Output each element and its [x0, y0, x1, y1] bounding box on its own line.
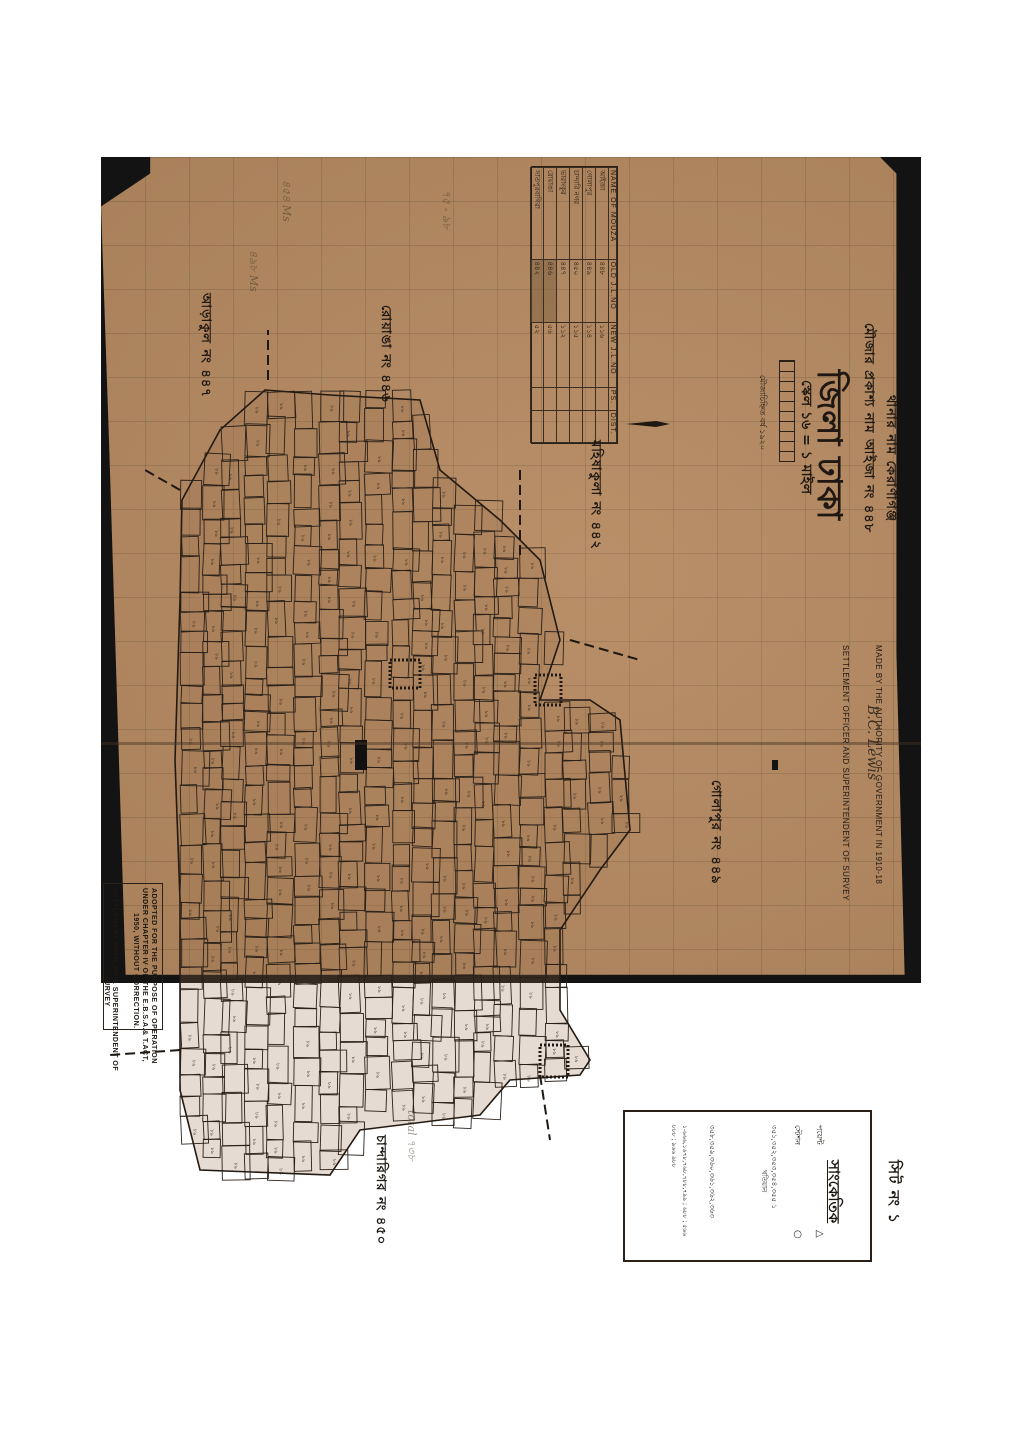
svg-text:৮৯: ৮৯ [418, 972, 424, 979]
svg-text:৮৯: ৮৯ [346, 873, 352, 880]
table-cell [596, 410, 609, 442]
settlement-officer: SETTLEMENT OFFICER AND SUPERINTENDENT OF… [841, 645, 850, 901]
svg-text:৮৯: ৮৯ [420, 1096, 426, 1103]
svg-text:৮৯: ৮৯ [253, 661, 259, 668]
svg-text:৮৯: ৮৯ [346, 1113, 352, 1120]
paper-tear [772, 760, 778, 770]
svg-text:৮৯: ৮৯ [551, 1048, 557, 1055]
svg-text:৮৯: ৮৯ [400, 499, 406, 506]
svg-text:৮৯: ৮৯ [438, 531, 444, 538]
svg-text:৮৯: ৮৯ [228, 672, 234, 679]
svg-text:৮৯: ৮৯ [276, 979, 282, 986]
table-cell [531, 410, 544, 442]
svg-text:৮৯: ৮৯ [191, 1129, 197, 1136]
svg-text:৮৯: ৮৯ [574, 719, 580, 726]
stamp-line: UNDER CHAPTER IV OF THE E.B.S.A.& T.ACT, [141, 888, 148, 1062]
svg-text:৮৯: ৮৯ [480, 1041, 486, 1048]
scale-bar [779, 360, 795, 462]
svg-text:৮৯: ৮৯ [348, 520, 354, 527]
svg-text:৮৯: ৮৯ [328, 872, 334, 879]
svg-text:৮৯: ৮৯ [347, 808, 353, 815]
svg-text:৮৯: ৮৯ [350, 960, 356, 967]
svg-text:৮৯: ৮৯ [376, 926, 382, 933]
svg-text:৮৯: ৮৯ [303, 824, 309, 831]
legend-row-point: পয়েন্ট [812, 1125, 825, 1145]
svg-text:৮৯: ৮৯ [440, 721, 446, 728]
svg-text:৮৯: ৮৯ [348, 707, 354, 714]
svg-text:৮৯: ৮৯ [502, 681, 508, 688]
table-cell [557, 387, 570, 410]
svg-text:৮৯: ৮৯ [483, 604, 489, 611]
svg-text:৮৯: ৮৯ [463, 910, 469, 917]
svg-text:৮৯: ৮৯ [399, 930, 405, 937]
svg-text:৮৯: ৮৯ [439, 557, 445, 564]
svg-text:৮৯: ৮৯ [255, 721, 261, 728]
svg-text:৮৯: ৮৯ [274, 844, 280, 851]
stamp-line: SURVEY [103, 975, 110, 1007]
svg-text:৮৯: ৮৯ [461, 552, 467, 559]
table-cell: ১১৫ [570, 322, 583, 387]
table-cell: ৫২ [531, 322, 544, 387]
svg-text:৮৯: ৮৯ [232, 595, 238, 602]
svg-text:৮৯: ৮৯ [253, 946, 259, 953]
svg-text:৮৯: ৮৯ [278, 699, 284, 706]
table-header: NAME OF MOUZA [609, 168, 617, 260]
svg-text:৮৯: ৮৯ [443, 1054, 449, 1061]
svg-text:৮৯: ৮৯ [273, 1121, 279, 1128]
table-row: আইজা৪৪৮১১৬ [596, 168, 609, 443]
svg-text:৮৯: ৮৯ [526, 760, 532, 767]
svg-text:৮৯: ৮৯ [374, 814, 380, 821]
svg-text:৮৯: ৮৯ [304, 858, 310, 865]
svg-text:৮৯: ৮৯ [301, 738, 307, 745]
stamp-line: ADOPTED FOR THE PURPOSE OF OPERATION [150, 888, 157, 1064]
svg-text:৮৯: ৮৯ [502, 949, 508, 956]
table-row: চান্দারি নগর৪৫০১১৫ [570, 168, 583, 443]
svg-text:৮৯: ৮৯ [500, 820, 506, 827]
table-cell: চান্দারি নগর [570, 168, 583, 260]
table-row: রোয়াঙা৪৪৬৫৬ [544, 168, 557, 443]
svg-text:৮৯: ৮৯ [403, 743, 409, 750]
svg-text:৮৯: ৮৯ [233, 1163, 239, 1170]
svg-text:৮৯: ৮৯ [209, 1129, 215, 1136]
legend-row-extra: ১-৬৬৬,১৬৭৮,৭৬৮,৭৮৮,৭৯৯ ; ৬৮৮ ; ৫৬৬ ৮৮৮ ;… [668, 1125, 690, 1245]
sheet-number: সিট নং ১ [880, 1160, 905, 1224]
svg-text:৮৯: ৮৯ [461, 883, 467, 890]
svg-text:৮৯: ৮৯ [347, 490, 353, 497]
svg-text:৮৯: ৮৯ [331, 691, 337, 698]
svg-text:৮৯: ৮৯ [599, 818, 605, 825]
neighbor-label: গোলাপুর নং ৪৪৯ [704, 780, 725, 885]
table-cell: ভারাংকুর [557, 168, 570, 260]
svg-text:৮৯: ৮৯ [272, 1147, 278, 1154]
table-cell [557, 410, 570, 442]
svg-text:৮৯: ৮৯ [254, 440, 260, 447]
svg-text:৮৯: ৮৯ [275, 519, 281, 526]
table-row: সাতপুরবাগিরা৪৪২৫২ [531, 168, 544, 443]
svg-text:৮৯: ৮৯ [419, 1053, 425, 1060]
svg-text:৮৯: ৮৯ [230, 732, 236, 739]
legend-row-khatian: ৩৫৮,৩৫৯,৩৬০,৩৬১,৩৬২,৩৬৩ [706, 1125, 718, 1218]
svg-text:৮৯: ৮৯ [500, 985, 506, 992]
svg-text:৮৯: ৮৯ [213, 468, 219, 475]
svg-text:৮৯: ৮৯ [463, 1024, 469, 1031]
table-cell: গোলাপুর [583, 168, 596, 260]
svg-text:৮৯: ৮৯ [482, 917, 488, 924]
svg-text:৮৯: ৮৯ [556, 741, 562, 748]
svg-text:৮৯: ৮৯ [210, 626, 216, 633]
svg-text:৮৯: ৮৯ [347, 678, 353, 685]
svg-text:৮৯: ৮৯ [484, 1024, 490, 1030]
svg-text:৮৯: ৮৯ [303, 610, 309, 617]
svg-text:৮৯: ৮৯ [350, 632, 356, 639]
table-row: ভারাংকুর৪৪৭১১২ [557, 168, 570, 443]
table-cell: ৪৪৭ [557, 259, 570, 322]
table-cell [583, 387, 596, 410]
svg-text:৮৯: ৮৯ [209, 758, 215, 765]
svg-text:৮৯: ৮৯ [503, 732, 509, 739]
svg-text:৮৯: ৮৯ [376, 456, 382, 463]
svg-text:৮৯: ৮৯ [503, 899, 509, 906]
svg-text:৮৯: ৮৯ [481, 687, 487, 694]
svg-text:৮৯: ৮৯ [278, 822, 284, 829]
svg-text:৮৯: ৮৯ [462, 680, 468, 687]
svg-text:৮৯: ৮৯ [304, 1041, 310, 1048]
neighbor-label: আড়াকুল নং ৪৪৭ [194, 293, 215, 398]
svg-text:৮৯: ৮৯ [326, 1082, 332, 1089]
svg-text:৮৯: ৮৯ [209, 956, 215, 963]
svg-text:৮৯: ৮৯ [442, 655, 448, 662]
thana-name: থানার নাম কেরাণীগঞ্জ [879, 395, 900, 522]
stamp-line: SETTLEMENT OFFICER & SUPERINTENDENT OF [111, 888, 118, 1071]
svg-text:৮৯: ৮৯ [529, 563, 535, 570]
svg-text:৮৯: ৮৯ [480, 629, 486, 636]
svg-text:৮৯: ৮৯ [370, 843, 376, 850]
table-cell: ৪৪৬ [544, 259, 557, 322]
table-cell: ৪৫০ [570, 259, 583, 322]
svg-text:৮৯: ৮৯ [403, 559, 409, 566]
svg-text:৮৯: ৮৯ [375, 875, 381, 882]
svg-text:৮৯: ৮৯ [326, 741, 332, 748]
svg-text:৮৯: ৮৯ [402, 1032, 408, 1039]
svg-text:৮৯: ৮৯ [189, 858, 195, 865]
svg-text:৮৯: ৮৯ [441, 993, 447, 1000]
legend-row-dag: ৩৫১,৩৫২,৩৫৩,৩৫৪,৩৫৫ ১ [768, 1125, 780, 1209]
svg-text:৮৯: ৮৯ [328, 502, 334, 509]
svg-text:৮৯: ৮৯ [231, 1016, 237, 1023]
svg-text:৮৯: ৮৯ [275, 1063, 281, 1070]
table-header: PS. [609, 387, 617, 410]
svg-text:৮৯: ৮৯ [345, 551, 351, 558]
svg-text:৮৯: ৮৯ [304, 632, 310, 639]
svg-text:৮৯: ৮৯ [600, 722, 606, 729]
legend-title: সাংকেতিক [820, 1160, 845, 1223]
svg-text:৮৯: ৮৯ [596, 787, 602, 794]
svg-text:৮৯: ৮৯ [300, 1103, 306, 1110]
svg-text:৮৯: ৮৯ [254, 1112, 260, 1119]
svg-text:৮৯: ৮৯ [553, 914, 559, 921]
svg-text:৮৯: ৮৯ [277, 586, 283, 593]
svg-text:৮৯: ৮৯ [214, 926, 220, 933]
svg-text:৮৯: ৮৯ [278, 403, 284, 410]
svg-text:৮৯: ৮৯ [230, 989, 236, 996]
svg-text:৮৯: ৮৯ [526, 705, 532, 712]
svg-text:৮৯: ৮৯ [461, 585, 467, 592]
svg-text:৮৯: ৮৯ [278, 749, 284, 756]
svg-text:৮৯: ৮৯ [331, 1159, 337, 1166]
svg-text:৮৯: ৮৯ [251, 799, 257, 806]
svg-text:৮৯: ৮৯ [501, 546, 507, 553]
svg-text:৮৯: ৮৯ [227, 474, 233, 481]
svg-text:৮৯: ৮৯ [254, 407, 260, 414]
svg-text:৮৯: ৮৯ [423, 643, 429, 650]
svg-text:৮৯: ৮৯ [375, 1072, 381, 1079]
triangle-icon: △ [814, 1230, 825, 1238]
table-header: OLD J.L.NO [609, 259, 617, 322]
svg-text:৮৯: ৮৯ [300, 1156, 306, 1163]
svg-text:৮৯: ৮৯ [227, 914, 233, 921]
svg-text:৮৯: ৮৯ [187, 910, 193, 917]
svg-text:৮৯: ৮৯ [187, 1035, 193, 1042]
svg-text:৮৯: ৮৯ [278, 949, 284, 956]
svg-text:৮৯: ৮৯ [400, 1005, 406, 1012]
table-cell: রোয়াঙা [544, 168, 557, 260]
svg-text:৮৯: ৮৯ [302, 465, 308, 472]
svg-text:৮৯: ৮৯ [254, 1083, 260, 1090]
svg-text:৮৯: ৮৯ [530, 896, 536, 903]
svg-text:৮৯: ৮৯ [371, 678, 377, 685]
svg-text:৮৯: ৮৯ [551, 945, 557, 952]
svg-text:৮৯: ৮৯ [525, 648, 531, 655]
table-cell: ৪৪২ [531, 259, 544, 322]
table-cell [570, 387, 583, 410]
svg-text:৮৯: ৮৯ [618, 795, 624, 802]
table-cell: আইজা [596, 168, 609, 260]
svg-text:৮৯: ৮৯ [376, 757, 382, 764]
svg-text:৮৯: ৮৯ [231, 813, 237, 820]
svg-text:৮৯: ৮৯ [213, 530, 219, 537]
svg-text:৮৯: ৮৯ [441, 491, 447, 498]
officer-signature: B.C. Lewis [864, 705, 880, 780]
svg-text:৮৯: ৮৯ [255, 557, 261, 564]
svg-text:৮৯: ৮৯ [251, 1058, 257, 1065]
svg-text:৮৯: ৮৯ [227, 1047, 233, 1054]
svg-text:৮৯: ৮৯ [399, 797, 405, 804]
svg-text:৮৯: ৮৯ [398, 906, 404, 913]
svg-text:৮৯: ৮৯ [273, 618, 279, 625]
table-cell [544, 387, 557, 410]
svg-text:৮৯: ৮৯ [326, 577, 332, 584]
legend-row-khatian-label: খতিয়ান [758, 1170, 770, 1192]
svg-text:৮৯: ৮৯ [330, 468, 336, 475]
svg-text:৮৯: ৮৯ [529, 922, 535, 929]
svg-text:৮৯: ৮৯ [210, 862, 216, 869]
circle-icon: ○ [792, 1230, 803, 1239]
svg-text:৮৯: ৮৯ [504, 586, 510, 592]
svg-text:৮৯: ৮৯ [461, 963, 467, 970]
svg-text:৮৯: ৮৯ [350, 601, 356, 608]
table-cell: ১১৪ [583, 322, 596, 387]
svg-text:৮৯: ৮৯ [328, 718, 334, 725]
svg-text:৮৯: ৮৯ [211, 1064, 217, 1071]
svg-text:৮৯: ৮৯ [503, 567, 509, 574]
svg-text:৮৯: ৮৯ [422, 692, 428, 699]
svg-text:৮৯: ৮৯ [572, 793, 578, 800]
svg-text:৮৯: ৮৯ [423, 620, 429, 627]
svg-text:৮৯: ৮৯ [529, 876, 535, 883]
stamp-line: 1950, WITHOUT CORRECTION. [132, 913, 139, 1029]
svg-text:৮৯: ৮৯ [348, 758, 354, 765]
svg-text:৮৯: ৮৯ [526, 856, 532, 863]
svg-text:৮৯: ৮৯ [443, 789, 449, 796]
svg-text:৮৯: ৮৯ [329, 903, 335, 910]
svg-text:৮৯: ৮৯ [251, 1139, 257, 1146]
legend-row-station: স্টেশন [790, 1125, 803, 1145]
north-arrow-icon [626, 419, 670, 429]
svg-text:৮৯: ৮৯ [555, 716, 561, 723]
mouza-table: NAME OF MOUZAOLD J.L.NONEW J.L.NOPS.DIST… [531, 166, 618, 444]
svg-text:৮৯: ৮৯ [214, 803, 220, 810]
svg-text:৮৯: ৮৯ [214, 653, 220, 660]
neighbor-label: মহিষাকুলা নং ৪৪২ [584, 440, 605, 550]
svg-text:৮৯: ৮৯ [504, 645, 510, 652]
mouza-name: মৌজার প্রকাশ্য নাম আইজা নং ৪৪৮ [857, 323, 878, 533]
svg-text:৮৯: ৮৯ [209, 1148, 215, 1155]
svg-text:৮৯: ৮৯ [526, 678, 532, 685]
svg-text:৮৯: ৮৯ [573, 1056, 579, 1063]
neighbor-label: রোয়াঙা নং ৪৪৬ [374, 305, 395, 403]
svg-text:৮৯: ৮৯ [254, 601, 260, 608]
scale-bar-label: মৌজাচিহ্নিত বর্ষ ১৯২০ [755, 375, 768, 450]
svg-text:৮৯: ৮৯ [276, 1093, 282, 1100]
svg-text:৮৯: ৮৯ [372, 1027, 378, 1034]
svg-text:৮৯: ৮৯ [372, 555, 378, 562]
svg-text:৮৯: ৮৯ [278, 1168, 284, 1175]
pencil-note: ৭৫ - ৯৮ [436, 190, 455, 229]
svg-text:৮৯: ৮৯ [525, 1075, 531, 1082]
svg-text:৮৯: ৮৯ [398, 878, 404, 885]
svg-text:৮৯: ৮৯ [400, 430, 406, 437]
svg-text:৮৯: ৮৯ [461, 825, 467, 832]
scale-text: স্কেল ১৬ = ১ মাইল [794, 380, 818, 494]
svg-text:৮৯: ৮৯ [300, 659, 306, 666]
svg-text:৮৯: ৮৯ [438, 936, 444, 943]
pencil-note: total ৭৩৮ [401, 1110, 420, 1160]
svg-text:৮৯: ৮৯ [554, 1031, 560, 1038]
svg-text:৮৯: ৮৯ [424, 863, 430, 870]
table-cell [570, 410, 583, 442]
svg-text:৮৯: ৮৯ [463, 742, 469, 749]
svg-text:৮৯: ৮৯ [502, 1073, 508, 1080]
svg-text:৮৯: ৮৯ [327, 844, 333, 851]
svg-text:৮৯: ৮৯ [483, 737, 489, 744]
svg-text:৮৯: ৮৯ [190, 1060, 196, 1067]
svg-text:৮৯: ৮৯ [305, 559, 311, 566]
table-header: NEW J.L.NO [609, 322, 617, 387]
table-cell: সাতপুরবাগিরা [531, 168, 544, 260]
svg-text:৮৯: ৮৯ [399, 406, 405, 413]
svg-text:৮৯: ৮৯ [530, 958, 536, 965]
svg-text:৮৯: ৮৯ [421, 952, 427, 959]
svg-text:৮৯: ৮৯ [551, 824, 557, 831]
table-cell: ১১২ [557, 322, 570, 387]
svg-text:৮৯: ৮৯ [505, 850, 511, 857]
svg-text:৮৯: ৮৯ [376, 986, 382, 993]
table-cell [596, 387, 609, 410]
svg-text:৮৯: ৮৯ [466, 791, 472, 798]
svg-text:৮৯: ৮৯ [209, 831, 215, 838]
svg-text:৮৯: ৮৯ [251, 971, 257, 978]
table-cell [544, 410, 557, 442]
svg-text:৮৯: ৮৯ [482, 548, 488, 555]
svg-text:৮৯: ৮৯ [192, 767, 198, 774]
svg-text:৮৯: ৮৯ [326, 597, 332, 604]
table-cell: ৪৪৯ [583, 259, 596, 322]
svg-text:৮৯: ৮৯ [599, 741, 605, 748]
pencil-note: ৪৫৪ Ms [276, 180, 295, 222]
svg-text:৮৯: ৮৯ [399, 713, 405, 720]
table-cell: ৪৪৮ [596, 259, 609, 322]
svg-text:৮৯: ৮৯ [483, 711, 489, 718]
svg-text:৮৯: ৮৯ [277, 867, 283, 874]
svg-text:৮৯: ৮৯ [624, 822, 630, 829]
svg-text:৮৯: ৮৯ [418, 998, 424, 1005]
svg-text:৮৯: ৮৯ [480, 801, 486, 808]
svg-text:৮৯: ৮৯ [191, 621, 197, 628]
svg-text:৮৯: ৮৯ [211, 501, 217, 508]
svg-text:৮৯: ৮৯ [253, 748, 259, 755]
pencil-note: ৪৯৮ Ms [243, 250, 262, 292]
svg-text:৮৯: ৮৯ [277, 889, 283, 896]
svg-text:৮৯: ৮৯ [300, 535, 306, 542]
svg-text:৮৯: ৮৯ [305, 885, 311, 892]
table-row: গোলাপুর৪৪৯১১৪ [583, 168, 596, 443]
table-cell [583, 410, 596, 442]
svg-text:৮৯: ৮৯ [441, 875, 447, 882]
svg-text:৮৯: ৮৯ [525, 835, 531, 842]
svg-text:৮৯: ৮৯ [569, 878, 575, 885]
svg-text:৮৯: ৮৯ [373, 632, 379, 639]
svg-text:৮৯: ৮৯ [305, 1071, 311, 1078]
svg-text:৮৯: ৮৯ [419, 595, 425, 602]
svg-text:৮৯: ৮৯ [375, 483, 381, 490]
svg-text:৮৯: ৮৯ [420, 928, 426, 935]
svg-text:৮৯: ৮৯ [441, 906, 447, 913]
svg-text:৮৯: ৮৯ [347, 993, 353, 1000]
svg-text:৮৯: ৮৯ [461, 1087, 467, 1094]
svg-text:৮৯: ৮৯ [528, 992, 534, 999]
svg-text:৮৯: ৮৯ [350, 1057, 356, 1064]
svg-text:৮৯: ৮৯ [227, 947, 233, 954]
svg-text:৮৯: ৮৯ [439, 623, 445, 630]
neighbor-label: চান্দারিগর নং ৪৫০ [369, 1135, 390, 1245]
table-cell: ৫৬ [544, 322, 557, 387]
svg-text:৮৯: ৮৯ [187, 738, 193, 745]
table-header: DIST. [609, 410, 617, 442]
svg-text:৮৯: ৮৯ [209, 559, 215, 566]
table-cell: ১১৬ [596, 322, 609, 387]
table-cell [531, 387, 544, 410]
svg-text:৮৯: ৮৯ [328, 405, 334, 412]
svg-text:৮৯: ৮৯ [345, 431, 351, 438]
svg-text:৮৯: ৮৯ [229, 527, 235, 534]
svg-text:৮৯: ৮৯ [326, 534, 332, 541]
svg-text:৮৯: ৮৯ [252, 628, 258, 635]
svg-text:৮৯: ৮৯ [440, 1113, 446, 1120]
